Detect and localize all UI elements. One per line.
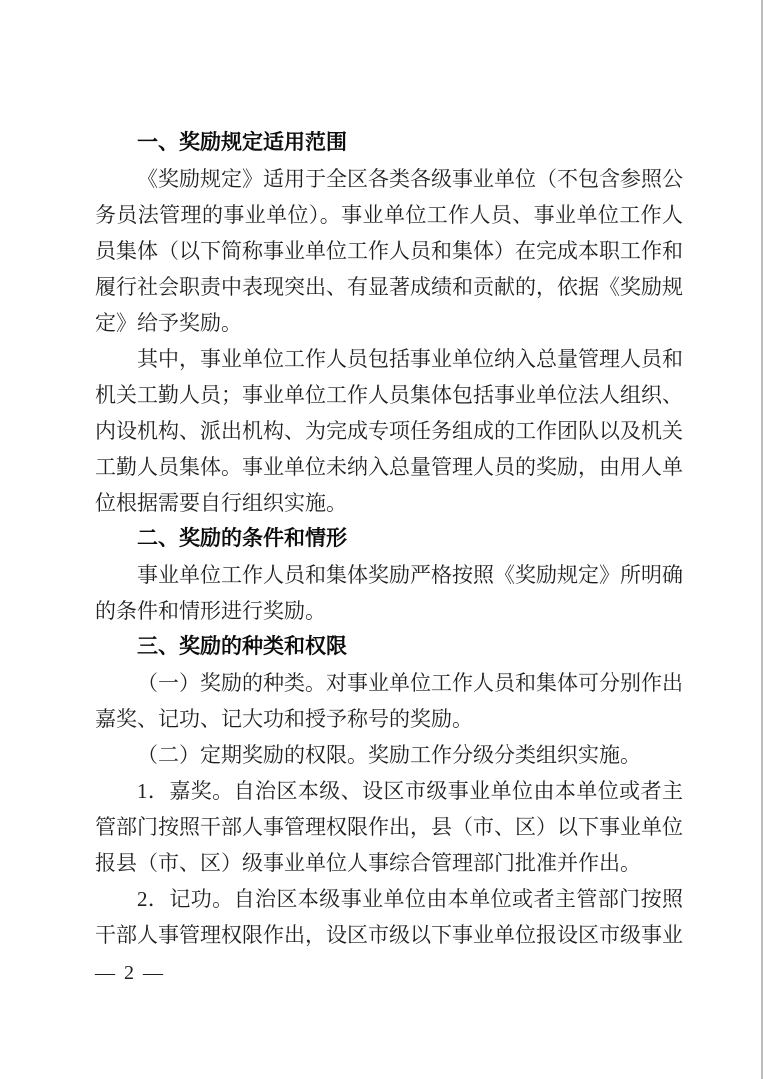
paragraph-item-2-jigong: 2．记功。自治区本级事业单位由本单位或者主管部门按照干部人事管理权限作出，设区市… — [95, 881, 683, 953]
paragraph-item-1-jiajiang: 1．嘉奖。自治区本级、设区市级事业单位由本单位或者主管部门按照干部人事管理权限作… — [95, 773, 683, 881]
document-body: 一、奖励规定适用范围 《奖励规定》适用于全区各类各级事业单位（不包含参照公务员法… — [95, 125, 683, 953]
section-heading-scope: 一、奖励规定适用范围 — [95, 125, 683, 161]
section-heading-types-authority: 三、奖励的种类和权限 — [95, 629, 683, 665]
paragraph-scope-1: 《奖励规定》适用于全区各类各级事业单位（不包含参照公务员法管理的事业单位）。事业… — [95, 161, 683, 341]
document-page: 一、奖励规定适用范围 《奖励规定》适用于全区各类各级事业单位（不包含参照公务员法… — [0, 0, 764, 1079]
section-heading-conditions: 二、奖励的条件和情形 — [95, 521, 683, 557]
page-edge-line — [761, 0, 763, 1079]
paragraph-types-1: （一）奖励的种类。对事业单位工作人员和集体可分别作出嘉奖、记功、记大功和授予称号… — [95, 665, 683, 737]
page-number: — 2 — — [95, 958, 165, 988]
paragraph-authority-1: （二）定期奖励的权限。奖励工作分级分类组织实施。 — [95, 737, 683, 773]
paragraph-scope-2: 其中，事业单位工作人员包括事业单位纳入总量管理人员和机关工勤人员；事业单位工作人… — [95, 341, 683, 521]
paragraph-conditions-1: 事业单位工作人员和集体奖励严格按照《奖励规定》所明确的条件和情形进行奖励。 — [95, 557, 683, 629]
